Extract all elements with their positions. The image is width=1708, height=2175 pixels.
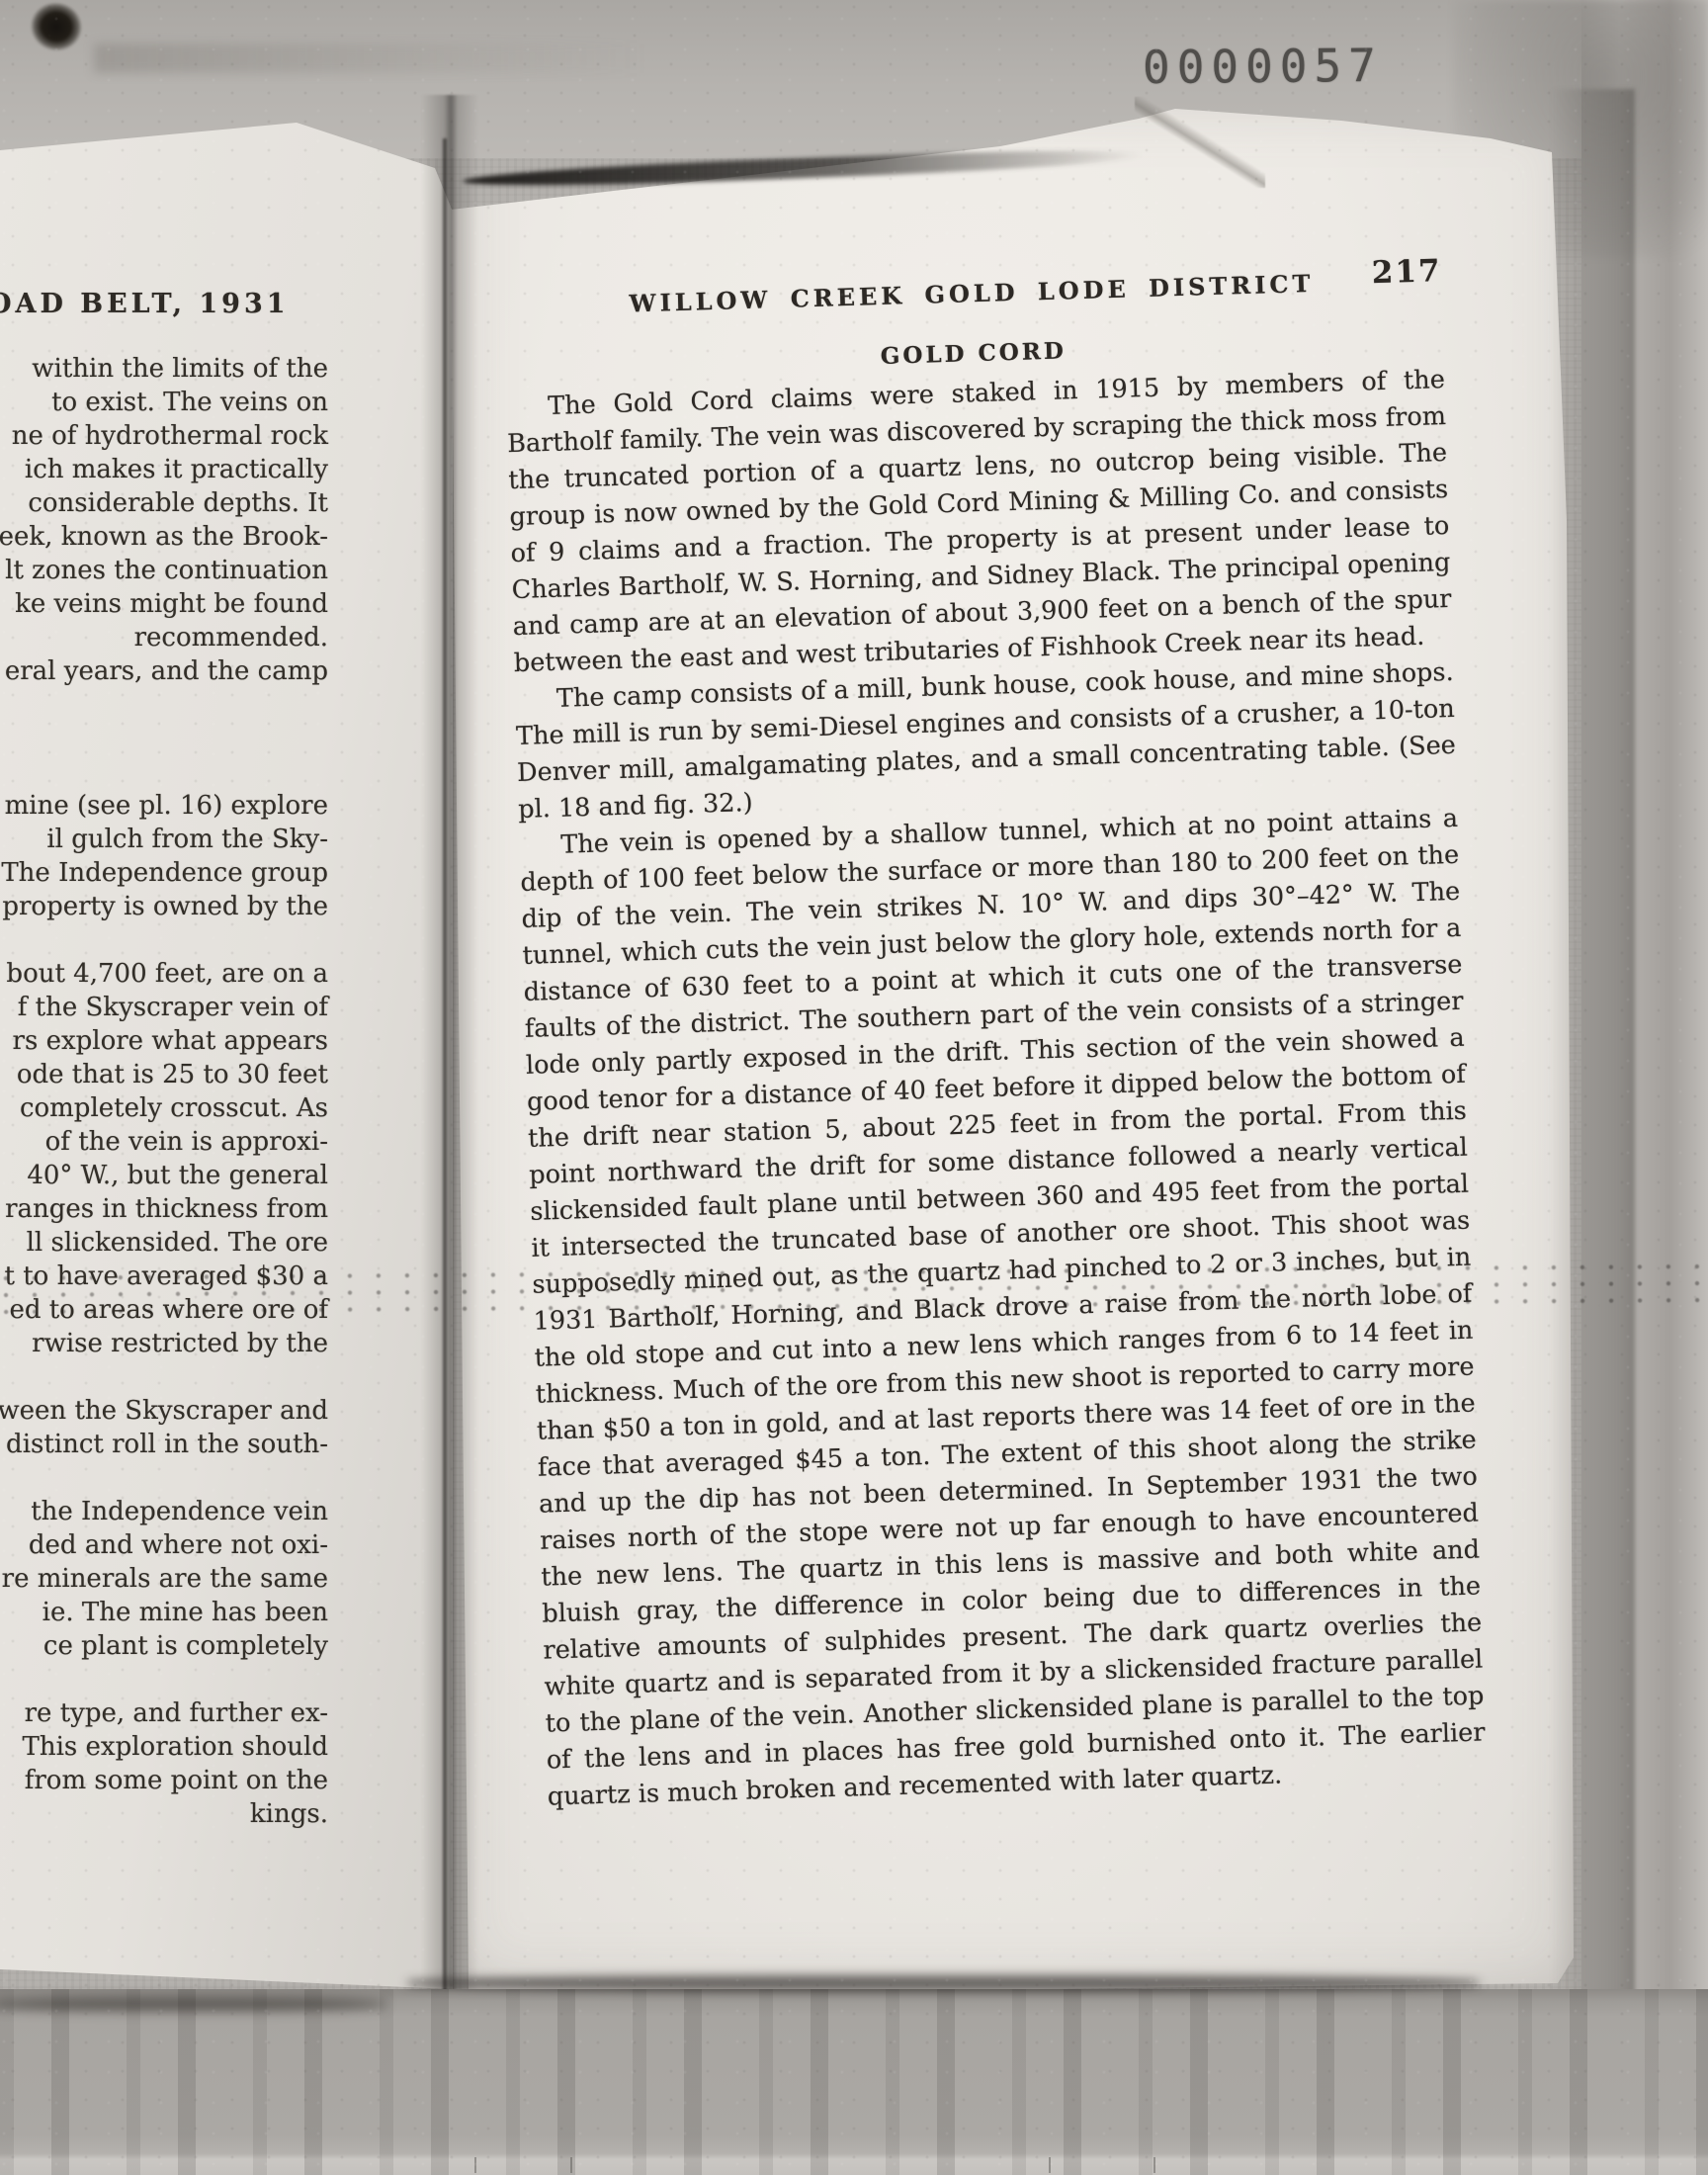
left-page-line-text: ranges in thickness from (5, 1192, 328, 1226)
left-page-line: from some point on the (0, 1764, 328, 1797)
right-page-header: WILLOW CREEK GOLD LODE DISTRICT 217 (501, 265, 1442, 321)
left-page-line-text: ode that is 25 to 30 feet (17, 1058, 328, 1091)
left-page-line-text: ll slickensided. The ore (27, 1226, 328, 1260)
left-page-line-text: ween the Skyscraper and (0, 1394, 328, 1428)
left-page-line: recommended. (0, 621, 328, 654)
left-page-line-text: recommended. (134, 621, 328, 654)
left-page-line-text: f the Skyscraper vein of (18, 991, 328, 1024)
bottom-registration-tick (570, 2157, 572, 2173)
left-page-line-gap (0, 755, 328, 789)
left-page-line-text: ie. The mine has been (43, 1596, 328, 1629)
left-page-text: within the limits of theto exist. The ve… (0, 352, 328, 1855)
left-page-line: rwise restricted by the (0, 1327, 328, 1360)
body-paragraph: The camp consists of a mill, bunk house,… (514, 654, 1457, 828)
page-corner-fold-crease (1135, 97, 1265, 188)
book-gutter-shadow (421, 95, 478, 1995)
left-page-line-text: from some point on the (25, 1764, 328, 1797)
page-bottom-shadow (407, 1975, 1479, 1991)
left-page-line: re minerals are the same (0, 1562, 328, 1596)
left-page-line: the Independence vein (0, 1495, 328, 1528)
left-page-line-gap (0, 1663, 328, 1696)
left-page-line: ce plant is completely (0, 1629, 328, 1663)
left-page-line: 40° W., but the general (0, 1159, 328, 1192)
left-page-line: This exploration should (0, 1730, 328, 1764)
left-page-line-text: 40° W., but the general (27, 1159, 328, 1192)
bottom-scan-band (0, 1989, 1708, 2175)
left-page-line-text: within the limits of the (32, 352, 328, 386)
book-gutter-line (443, 138, 447, 1995)
left-page-line: ween the Skyscraper and (0, 1394, 328, 1428)
left-page-line-text: the Independence vein (31, 1495, 328, 1528)
left-page-line-text: rs explore what appears (13, 1024, 328, 1058)
body-text: The Gold Cord claims were staked in 1915… (506, 362, 1487, 1816)
left-page-line-text: completely crosscut. As (20, 1091, 328, 1125)
left-page-line-text: ded and where not oxi- (29, 1528, 328, 1562)
left-page-line-gap (0, 688, 328, 722)
left-page-line-gap (0, 923, 328, 957)
left-page-line-text: of the vein is approxi- (45, 1125, 328, 1159)
left-page-line: rs explore what appears (0, 1024, 328, 1058)
bottom-registration-tick (1153, 2157, 1155, 2173)
left-page-line-gap (0, 1360, 328, 1394)
left-page-line: re type, and further ex- (0, 1696, 328, 1730)
left-page-line: to exist. The veins on (0, 386, 328, 419)
left-page-line-text: eek, known as the Brook- (0, 520, 328, 554)
left-page-running-head: OAD BELT, 1931 (0, 289, 290, 319)
left-page-line: within the limits of the (0, 352, 328, 386)
left-page-line: kings. (0, 1797, 328, 1831)
left-page-line-text: ne of hydrothermal rock (12, 419, 328, 453)
scanned-page-root: { "scan": { "stamp": "0000057" }, "right… (0, 0, 1708, 2175)
left-page-line-text: re minerals are the same (2, 1562, 328, 1596)
left-page-line-gap (0, 722, 328, 755)
left-page-line: ie. The mine has been (0, 1596, 328, 1629)
left-page-line: ded and where not oxi- (0, 1528, 328, 1562)
left-page-line-text: property is owned by the (2, 890, 328, 923)
top-ghost-streak (94, 43, 647, 73)
body-paragraph: The Gold Cord claims were staked in 1915… (506, 362, 1453, 682)
left-page-line-text: This exploration should (23, 1730, 328, 1764)
inventory-stamp-number: 0000057 (1143, 39, 1383, 94)
left-page-line-text: re type, and further ex- (25, 1696, 328, 1730)
left-page-line: lt zones the continuation (0, 554, 328, 587)
left-page-line-text: considerable depths. It (28, 486, 328, 520)
left-page-line: eek, known as the Brook- (0, 520, 328, 554)
right-page-content: WILLOW CREEK GOLD LODE DISTRICT 217 GOLD… (434, 63, 1616, 1994)
left-page-line-text: distinct roll in the south- (6, 1428, 328, 1461)
left-page-line: The Independence group (0, 856, 328, 890)
left-page-line: distinct roll in the south- (0, 1428, 328, 1461)
bottom-registration-tick (474, 2157, 476, 2173)
left-page-line: considerable depths. It (0, 486, 328, 520)
left-page-line: eral years, and the camp (0, 654, 328, 688)
page-right-edge-shade (1550, 89, 1635, 1997)
left-page-line: ode that is 25 to 30 feet (0, 1058, 328, 1091)
left-page-line: il gulch from the Sky- (0, 823, 328, 856)
left-page-line-text: mine (see pl. 16) explore (5, 789, 328, 823)
left-page-line-text: lt zones the continuation (5, 554, 328, 587)
left-page-line-text: to exist. The veins on (51, 386, 328, 419)
left-page-line-gap (0, 1461, 328, 1495)
left-page-line: ich makes it practically (0, 453, 328, 486)
left-page-bottom-shadow (0, 1997, 385, 2011)
left-page-line: completely crosscut. As (0, 1091, 328, 1125)
left-page-line-text: bout 4,700 feet, are on a (6, 957, 328, 991)
left-page-line: f the Skyscraper vein of (0, 991, 328, 1024)
left-page-line: of the vein is approxi- (0, 1125, 328, 1159)
left-page-line: ke veins might be found (0, 587, 328, 621)
left-page-line: bout 4,700 feet, are on a (0, 957, 328, 991)
running-head: WILLOW CREEK GOLD LODE DISTRICT (629, 269, 1315, 318)
left-page-line: ranges in thickness from (0, 1192, 328, 1226)
bottom-registration-tick (1049, 2157, 1051, 2173)
left-page-line-text: eral years, and the camp (5, 654, 328, 688)
left-page-line-text: ce plant is completely (43, 1629, 328, 1663)
left-page-line-text: ich makes it practically (25, 453, 328, 486)
left-page-line-text: il gulch from the Sky- (46, 823, 328, 856)
left-page-line-text: The Independence group (1, 856, 328, 890)
page-number: 217 (1371, 253, 1442, 291)
left-page-line: mine (see pl. 16) explore (0, 789, 328, 823)
left-page-line: ll slickensided. The ore (0, 1226, 328, 1260)
left-page-line-text: kings. (250, 1797, 328, 1831)
left-page-line: ne of hydrothermal rock (0, 419, 328, 453)
left-page-line-text: ke veins might be found (15, 587, 328, 621)
left-page-line-text: rwise restricted by the (32, 1327, 328, 1360)
left-page-line: property is owned by the (0, 890, 328, 923)
